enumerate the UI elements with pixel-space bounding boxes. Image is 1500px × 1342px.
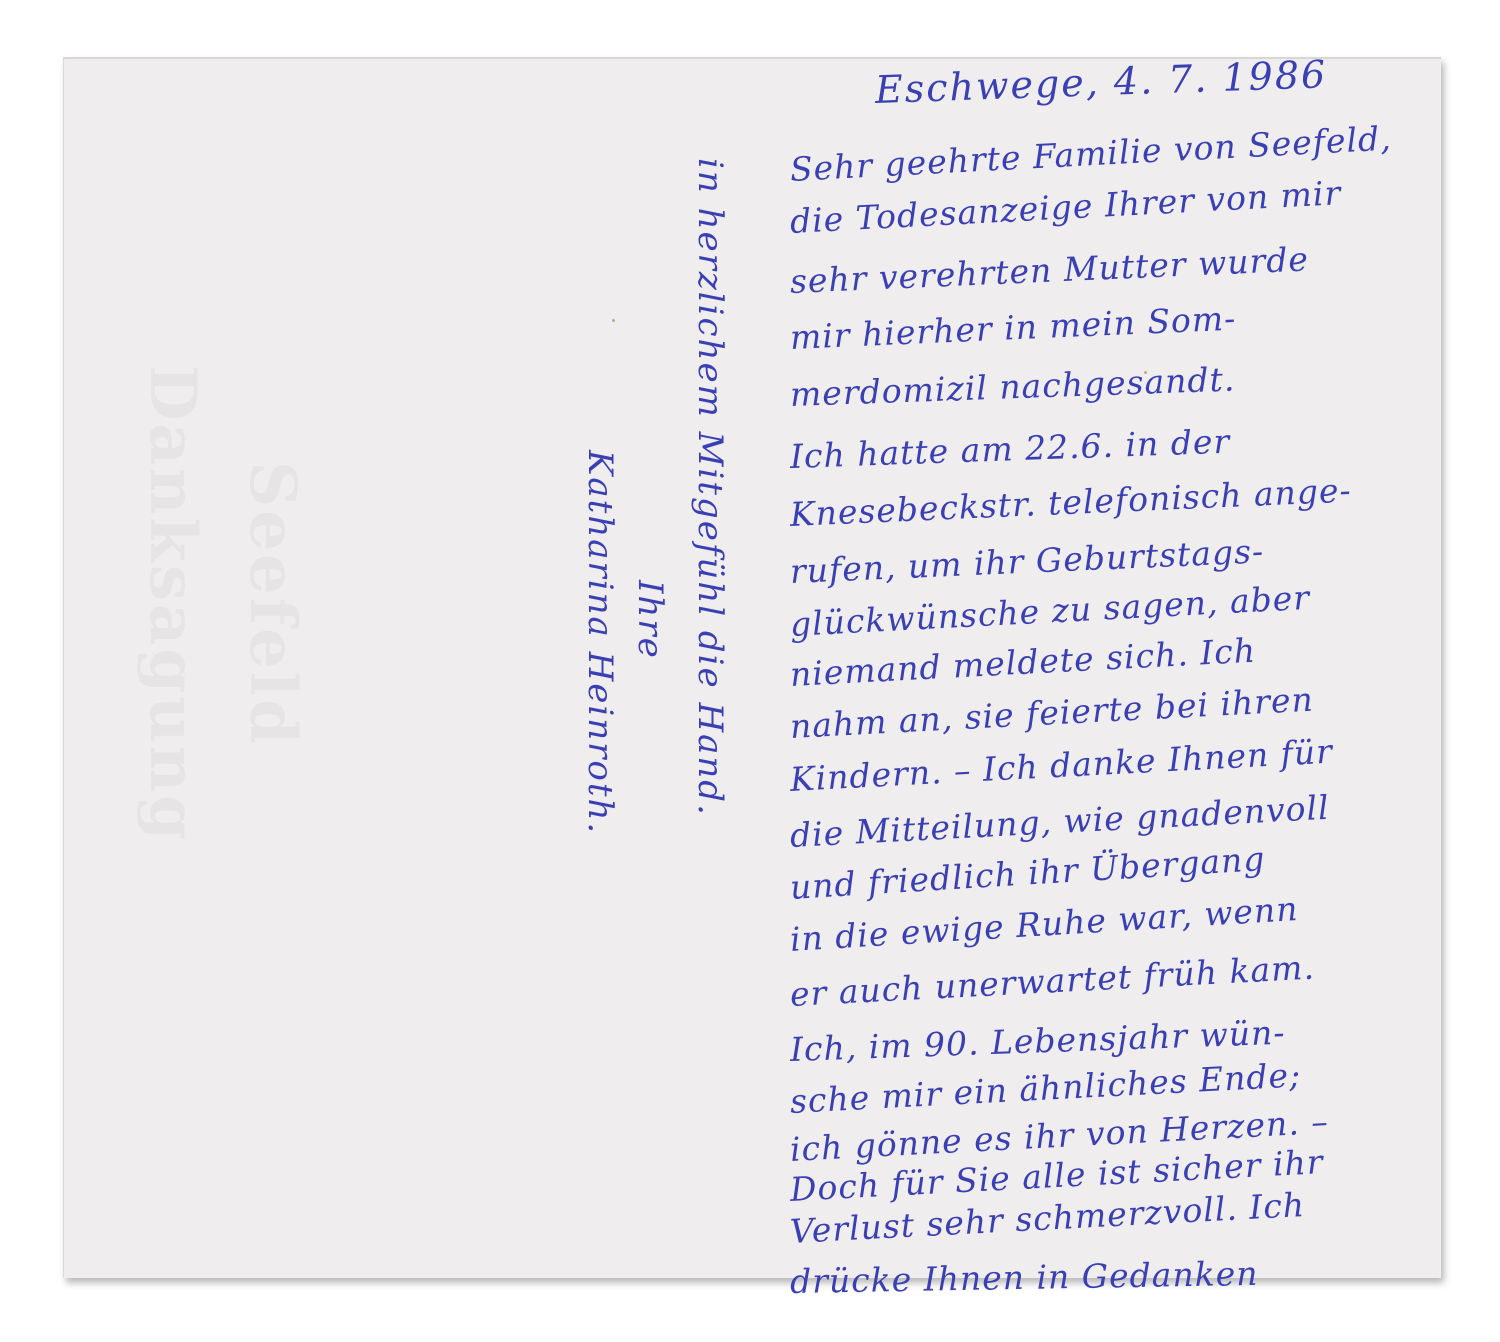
body-line: drücke Ihnen in Gedanken [790,1254,1259,1301]
closing-line: in herzlichem Mitgefühl die Hand. [690,158,730,817]
letter-closing-rotated: in herzlichem Mitgefühl die Hand. Ihre K… [560,150,760,1020]
closing-line: Ihre [630,580,670,660]
emboss-line-1: Seefeld [222,461,322,747]
embossed-card-imprint: Seefeld Danksagung [12,494,432,714]
signature: Katharina Heinroth. [580,450,620,835]
emboss-line-2: Danksagung [122,365,222,843]
